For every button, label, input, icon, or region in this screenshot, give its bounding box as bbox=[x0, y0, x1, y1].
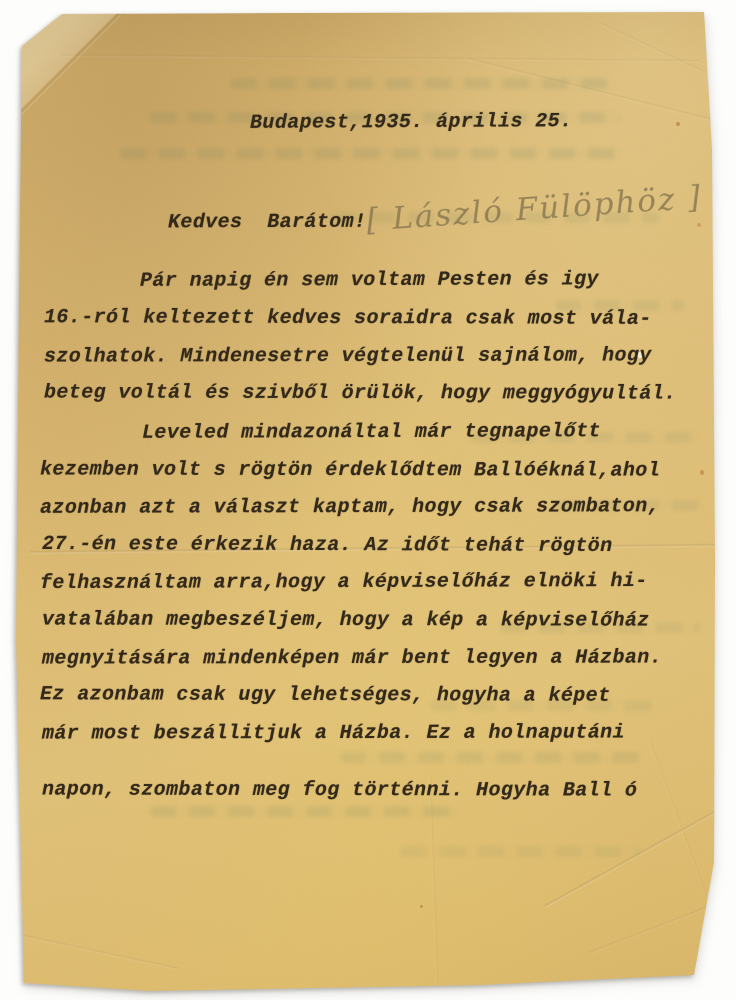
typed-line: kezemben volt s rögtön érdeklődtem Balló… bbox=[40, 457, 660, 484]
typed-line: napon, szombaton meg fog történni. Hogyh… bbox=[42, 777, 637, 804]
typed-line: 16.-ról keltezett kedves soraidra csak m… bbox=[44, 305, 652, 333]
salutation: Kedves Barátom! bbox=[168, 210, 367, 237]
typed-line: Ez azonbam csak ugy lehetséges, hogyha a… bbox=[40, 682, 611, 709]
paper-sheet: Budapest,1935. április 25. Kedves Baráto… bbox=[0, 0, 736, 1000]
scanned-letter-page: Budapest,1935. április 25. Kedves Baráto… bbox=[0, 0, 736, 1000]
typed-line: Pár napig én sem voltam Pesten és igy bbox=[140, 267, 599, 295]
typed-line: megnyitására mindenképen már bent legyen… bbox=[42, 645, 662, 672]
typed-line: már most beszállitjuk a Házba. Ez a holn… bbox=[42, 720, 625, 747]
typed-line: 27.-én este érkezik haza. Az időt tehát … bbox=[42, 532, 613, 560]
typed-line: felhasználtam arra,hogy a képviselőház e… bbox=[40, 569, 648, 597]
typed-line: azonban azt a választ kaptam, hogy csak … bbox=[40, 494, 660, 522]
typed-line: vatalában megbeszéljem, hogy a kép a kép… bbox=[42, 607, 650, 634]
dateline: Budapest,1935. április 25. bbox=[250, 109, 573, 137]
typed-line: beteg voltál és szivből örülök, hogy meg… bbox=[44, 380, 677, 407]
typed-line: szolhatok. Mindenesetre végtelenül sajná… bbox=[44, 343, 652, 370]
typed-line: Leveled mindazonáltal már tegnapelőtt bbox=[142, 419, 601, 447]
paper-shadow: Budapest,1935. április 25. Kedves Baráto… bbox=[0, 0, 736, 1000]
